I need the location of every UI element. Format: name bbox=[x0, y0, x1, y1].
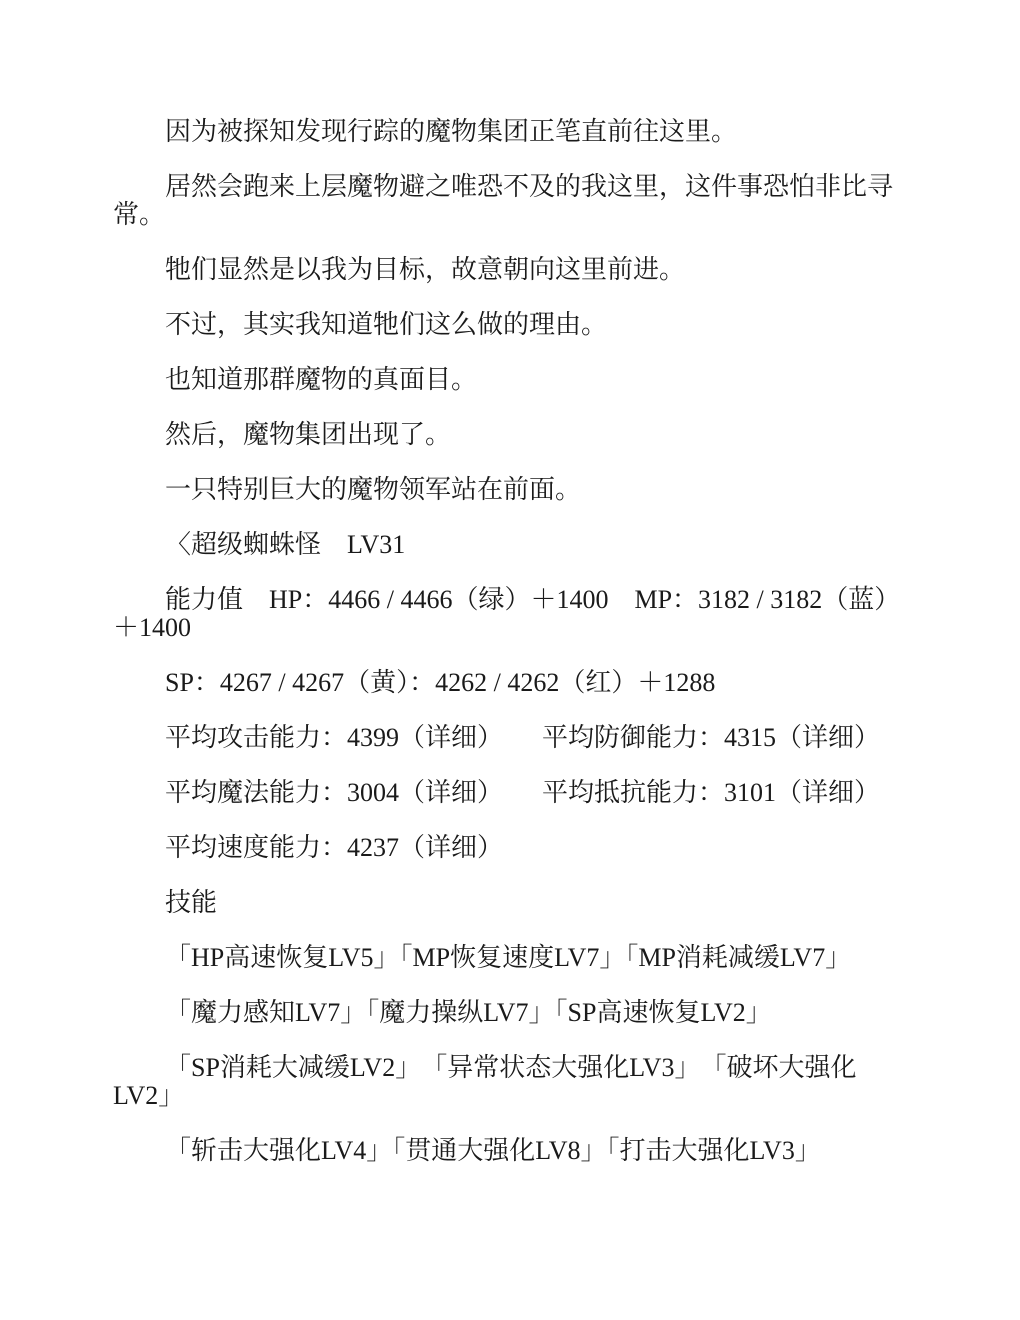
text-line: 平均速度能力：4237（详细） bbox=[113, 834, 907, 862]
text-line: 然后，魔物集团出现了。 bbox=[113, 421, 907, 449]
paragraph: 「斩击大强化LV4」「贯通大强化LV8」「打击大强化LV3」 bbox=[113, 1137, 907, 1165]
paragraph: 「魔力感知LV7」「魔力操纵LV7」「SP高速恢复LV2」 bbox=[113, 999, 907, 1027]
text-line: 〈超级蜘蛛怪 LV31 bbox=[113, 531, 907, 559]
paragraph: 因为被探知发现行踪的魔物集团正笔直前往这里。 bbox=[113, 118, 907, 146]
text-line: 牠们显然是以我为目标，故意朝向这里前进。 bbox=[113, 256, 907, 284]
paragraph: 技能 bbox=[113, 889, 907, 917]
text-line: 居然会跑来上层魔物避之唯恐不及的我这里，这件事恐怕非比寻 bbox=[113, 173, 907, 201]
paragraph: 不过，其实我知道牠们这么做的理由。 bbox=[113, 311, 907, 339]
text-line: 平均魔法能力：3004（详细） 平均抵抗能力：3101（详细） bbox=[113, 779, 907, 807]
text-line: 也知道那群魔物的真面目。 bbox=[113, 366, 907, 394]
text-line: ＋1400 bbox=[113, 614, 907, 642]
paragraph: 牠们显然是以我为目标，故意朝向这里前进。 bbox=[113, 256, 907, 284]
paragraph: SP：4267 / 4267（黄）：4262 / 4262（红）＋1288 bbox=[113, 669, 907, 697]
text-line: 平均攻击能力：4399（详细） 平均防御能力：4315（详细） bbox=[113, 724, 907, 752]
paragraph: 一只特别巨大的魔物领军站在前面。 bbox=[113, 476, 907, 504]
text-line: 技能 bbox=[113, 889, 907, 917]
paragraph: 〈超级蜘蛛怪 LV31 bbox=[113, 531, 907, 559]
paragraph: 平均速度能力：4237（详细） bbox=[113, 834, 907, 862]
text-line: 「HP高速恢复LV5」「MP恢复速度LV7」「MP消耗减缓LV7」 bbox=[113, 944, 907, 972]
document-page: 因为被探知发现行踪的魔物集团正笔直前往这里。居然会跑来上层魔物避之唯恐不及的我这… bbox=[0, 0, 1020, 1320]
novel-text-content: 因为被探知发现行踪的魔物集团正笔直前往这里。居然会跑来上层魔物避之唯恐不及的我这… bbox=[113, 118, 907, 1165]
text-line: SP：4267 / 4267（黄）：4262 / 4262（红）＋1288 bbox=[113, 669, 907, 697]
text-line: 「魔力感知LV7」「魔力操纵LV7」「SP高速恢复LV2」 bbox=[113, 999, 907, 1027]
text-line: 因为被探知发现行踪的魔物集团正笔直前往这里。 bbox=[113, 118, 907, 146]
paragraph: 平均魔法能力：3004（详细） 平均抵抗能力：3101（详细） bbox=[113, 779, 907, 807]
text-line: 「斩击大强化LV4」「贯通大强化LV8」「打击大强化LV3」 bbox=[113, 1137, 907, 1165]
text-line: 常。 bbox=[113, 201, 907, 229]
paragraph: 「SP消耗大减缓LV2」 「异常状态大强化LV3」 「破坏大强化LV2」 bbox=[113, 1054, 907, 1110]
text-line: 一只特别巨大的魔物领军站在前面。 bbox=[113, 476, 907, 504]
paragraph: 也知道那群魔物的真面目。 bbox=[113, 366, 907, 394]
paragraph: 「HP高速恢复LV5」「MP恢复速度LV7」「MP消耗减缓LV7」 bbox=[113, 944, 907, 972]
text-line: 「SP消耗大减缓LV2」 「异常状态大强化LV3」 「破坏大强化 bbox=[113, 1054, 907, 1082]
text-line: 不过，其实我知道牠们这么做的理由。 bbox=[113, 311, 907, 339]
paragraph: 居然会跑来上层魔物避之唯恐不及的我这里，这件事恐怕非比寻常。 bbox=[113, 173, 907, 229]
paragraph: 能力值 HP：4466 / 4466（绿）＋1400 MP：3182 / 318… bbox=[113, 586, 907, 642]
paragraph: 平均攻击能力：4399（详细） 平均防御能力：4315（详细） bbox=[113, 724, 907, 752]
text-line: LV2」 bbox=[113, 1082, 907, 1110]
text-line: 能力值 HP：4466 / 4466（绿）＋1400 MP：3182 / 318… bbox=[113, 586, 907, 614]
paragraph: 然后，魔物集团出现了。 bbox=[113, 421, 907, 449]
